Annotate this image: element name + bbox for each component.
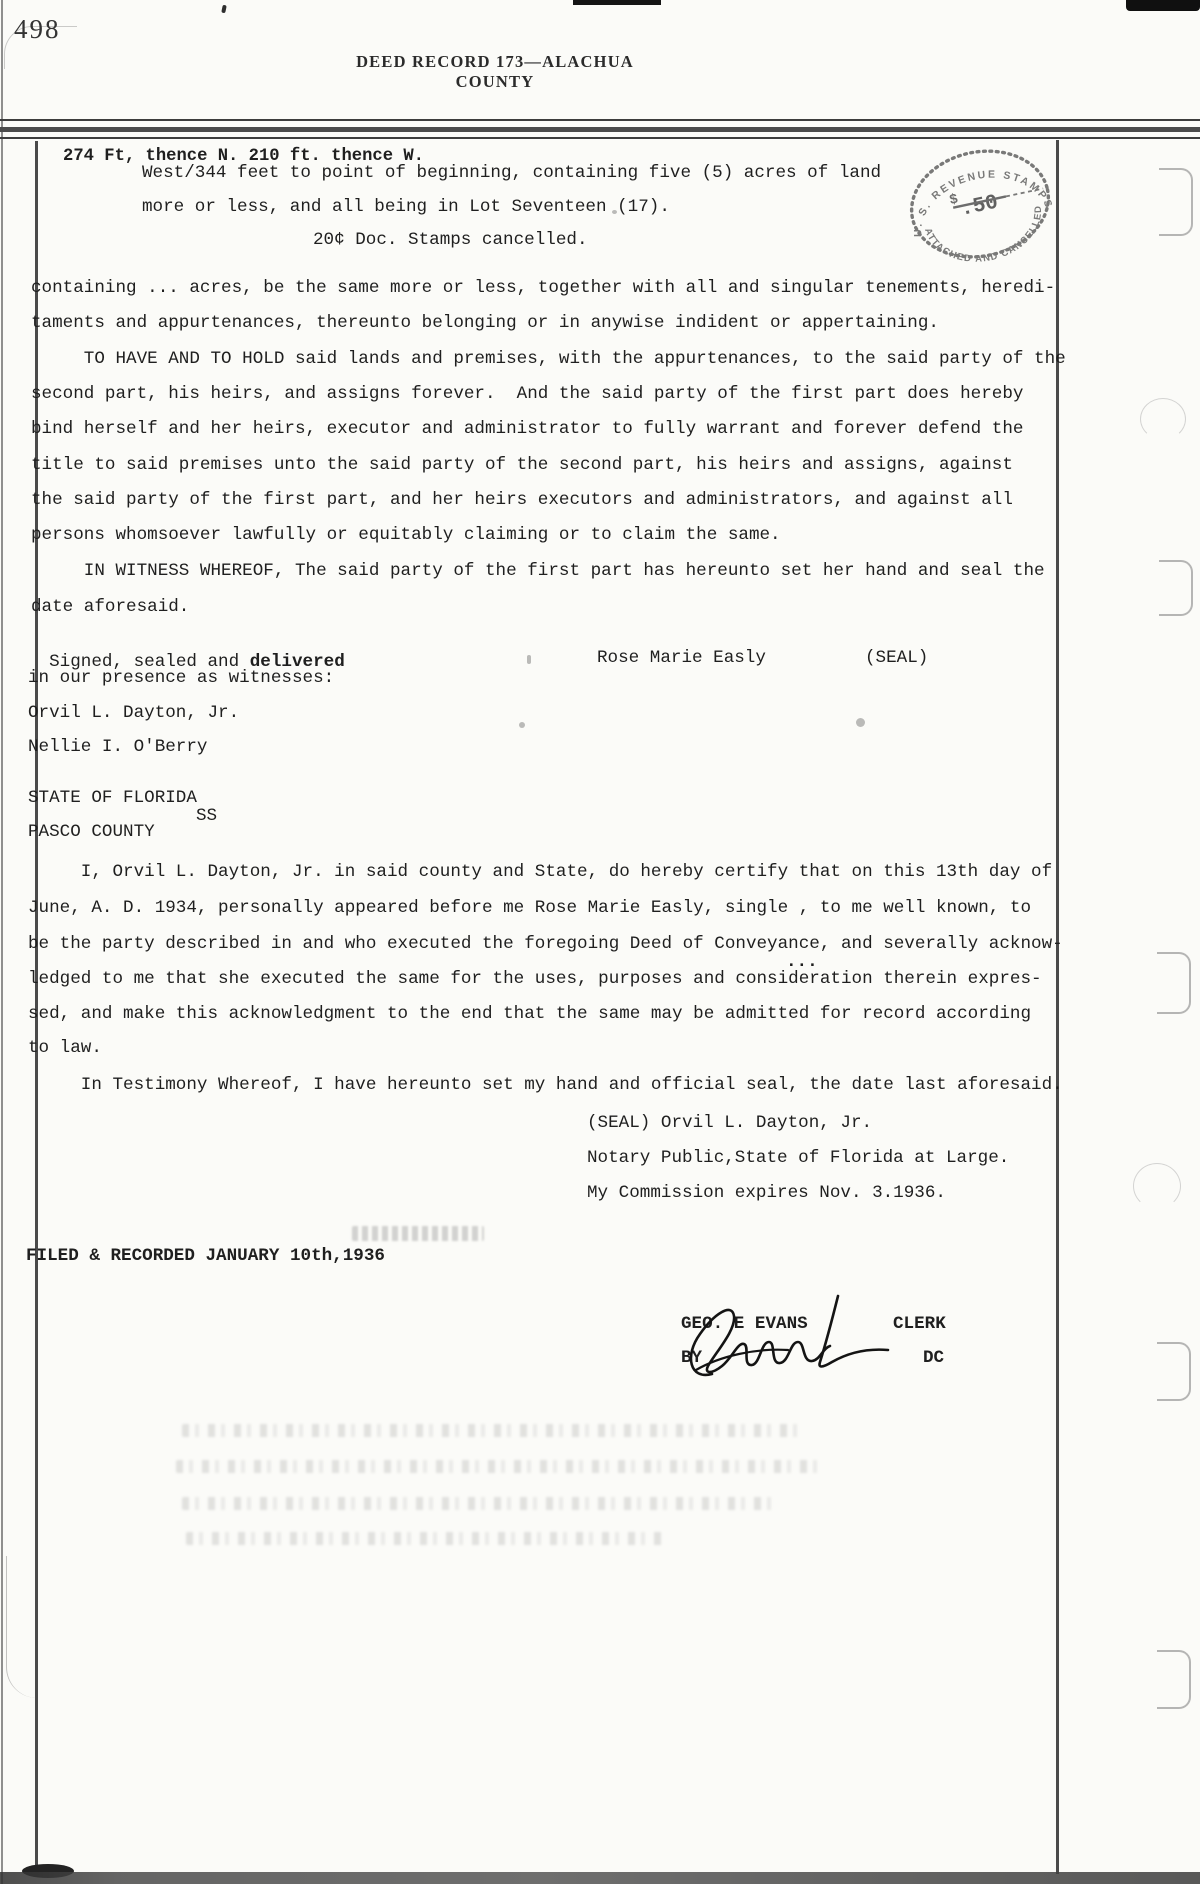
filed-recorded-line: FILED & RECORDED JANUARY 10th,1936 xyxy=(26,1246,385,1266)
right-margin-rule xyxy=(1056,140,1059,1874)
bleedthrough-line xyxy=(182,1497,780,1510)
scan-top-dot xyxy=(221,5,227,14)
notary-title-line: Notary Public,State of Florida at Large. xyxy=(587,1148,1009,1168)
page-title: DEED RECORD 173—ALACHUA COUNTY xyxy=(320,52,670,92)
notary-commission-line: My Commission expires Nov. 3.1936. xyxy=(587,1183,946,1203)
bleedthrough-line xyxy=(186,1532,664,1545)
signed-sealed-line: Signed, sealed and delivered xyxy=(28,632,345,672)
binder-curl-mark xyxy=(1159,168,1193,236)
venue-county: PASCO COUNTY xyxy=(28,822,155,842)
witness-intro-line: in our presence as witnesses: xyxy=(28,668,334,688)
ack-line: ledged to me that she executed the same … xyxy=(28,969,1042,989)
body-line: taments and appurtenances, thereunto bel… xyxy=(31,313,939,333)
ink-speck xyxy=(519,722,525,728)
body-line: bind herself and her heirs, executor and… xyxy=(31,419,1023,439)
deed-line-west: West/344 feet to point of beginning, con… xyxy=(142,163,881,183)
ink-speck xyxy=(527,655,531,664)
revenue-stamp-seal-icon: U. S. REVENUE STAMPS ATTACHED AND CANCEL… xyxy=(895,138,1065,273)
body-line: the said party of the first part, and he… xyxy=(31,490,1013,510)
overtype-dots-artifact: ... xyxy=(786,952,818,972)
binder-curl-mark xyxy=(1157,1650,1191,1709)
deed-line-more: more or less, and all being in Lot Seven… xyxy=(142,197,670,217)
body-line: persons whomsoever lawfully or equitably… xyxy=(31,525,781,545)
bottom-left-curl-line xyxy=(6,1556,37,1698)
ack-line: In Testimony Whereof, I have hereunto se… xyxy=(28,1075,1063,1095)
deputy-clerk-label: DC xyxy=(923,1348,944,1368)
binder-hole-mark xyxy=(1133,1163,1181,1209)
binder-curl-mark xyxy=(1159,560,1193,616)
body-line: TO HAVE AND TO HOLD said lands and premi… xyxy=(31,349,1066,369)
notary-seal-line: (SEAL) Orvil L. Dayton, Jr. xyxy=(587,1113,872,1133)
body-line: IN WITNESS WHEREOF, The said party of th… xyxy=(31,561,1045,581)
scan-top-mark-right xyxy=(1126,0,1200,11)
binder-curl-mark xyxy=(1157,952,1191,1014)
witness-name-1: Orvil L. Dayton, Jr. xyxy=(28,703,239,723)
ack-line: to law. xyxy=(28,1038,102,1058)
body-line: second part, his heirs, and assigns fore… xyxy=(31,384,1023,404)
body-line: containing ... acres, be the same more o… xyxy=(31,278,1055,298)
seal-amount-value: .50 xyxy=(959,191,1001,221)
body-line: title to said premises unto the said par… xyxy=(31,455,1013,475)
grantor-seal-label: (SEAL) xyxy=(865,648,928,668)
deputy-signature-icon xyxy=(660,1278,910,1383)
witness-name-2: Nellie I. O'Berry xyxy=(28,737,208,757)
top-rule-thick xyxy=(0,127,1200,132)
grantor-signature-name: Rose Marie Easly xyxy=(597,648,766,668)
top-rule-thin-1 xyxy=(0,119,1200,121)
venue-state: STATE OF FLORIDA xyxy=(28,788,197,808)
deed-line-stamps: 20¢ Doc. Stamps cancelled. xyxy=(313,230,588,250)
binder-hole-mark xyxy=(1140,398,1186,440)
bottom-scan-band xyxy=(0,1872,1200,1884)
bleedthrough-line xyxy=(182,1424,800,1437)
ack-line: sed, and make this acknowledgment to the… xyxy=(28,1004,1031,1024)
ack-line: be the party described in and who execut… xyxy=(28,934,1063,954)
ink-speck xyxy=(856,718,865,727)
body-line: date aforesaid. xyxy=(31,597,189,617)
ink-smudge xyxy=(352,1226,484,1241)
ack-line: June, A. D. 1934, personally appeared be… xyxy=(28,898,1031,918)
ink-speck xyxy=(612,210,617,214)
scan-top-mark-center xyxy=(573,0,661,5)
binder-curl-mark xyxy=(1157,1342,1191,1401)
scan-left-edge-line xyxy=(1,0,3,1884)
scanned-deed-page: { "colors": { "ink": "#1f1f1f", "stamp_i… xyxy=(0,0,1200,1884)
page-number: 498 xyxy=(14,14,61,45)
bleedthrough-line xyxy=(176,1460,818,1473)
ack-line: I, Orvil L. Dayton, Jr. in said county a… xyxy=(28,862,1052,882)
venue-ss: SS xyxy=(196,806,217,826)
